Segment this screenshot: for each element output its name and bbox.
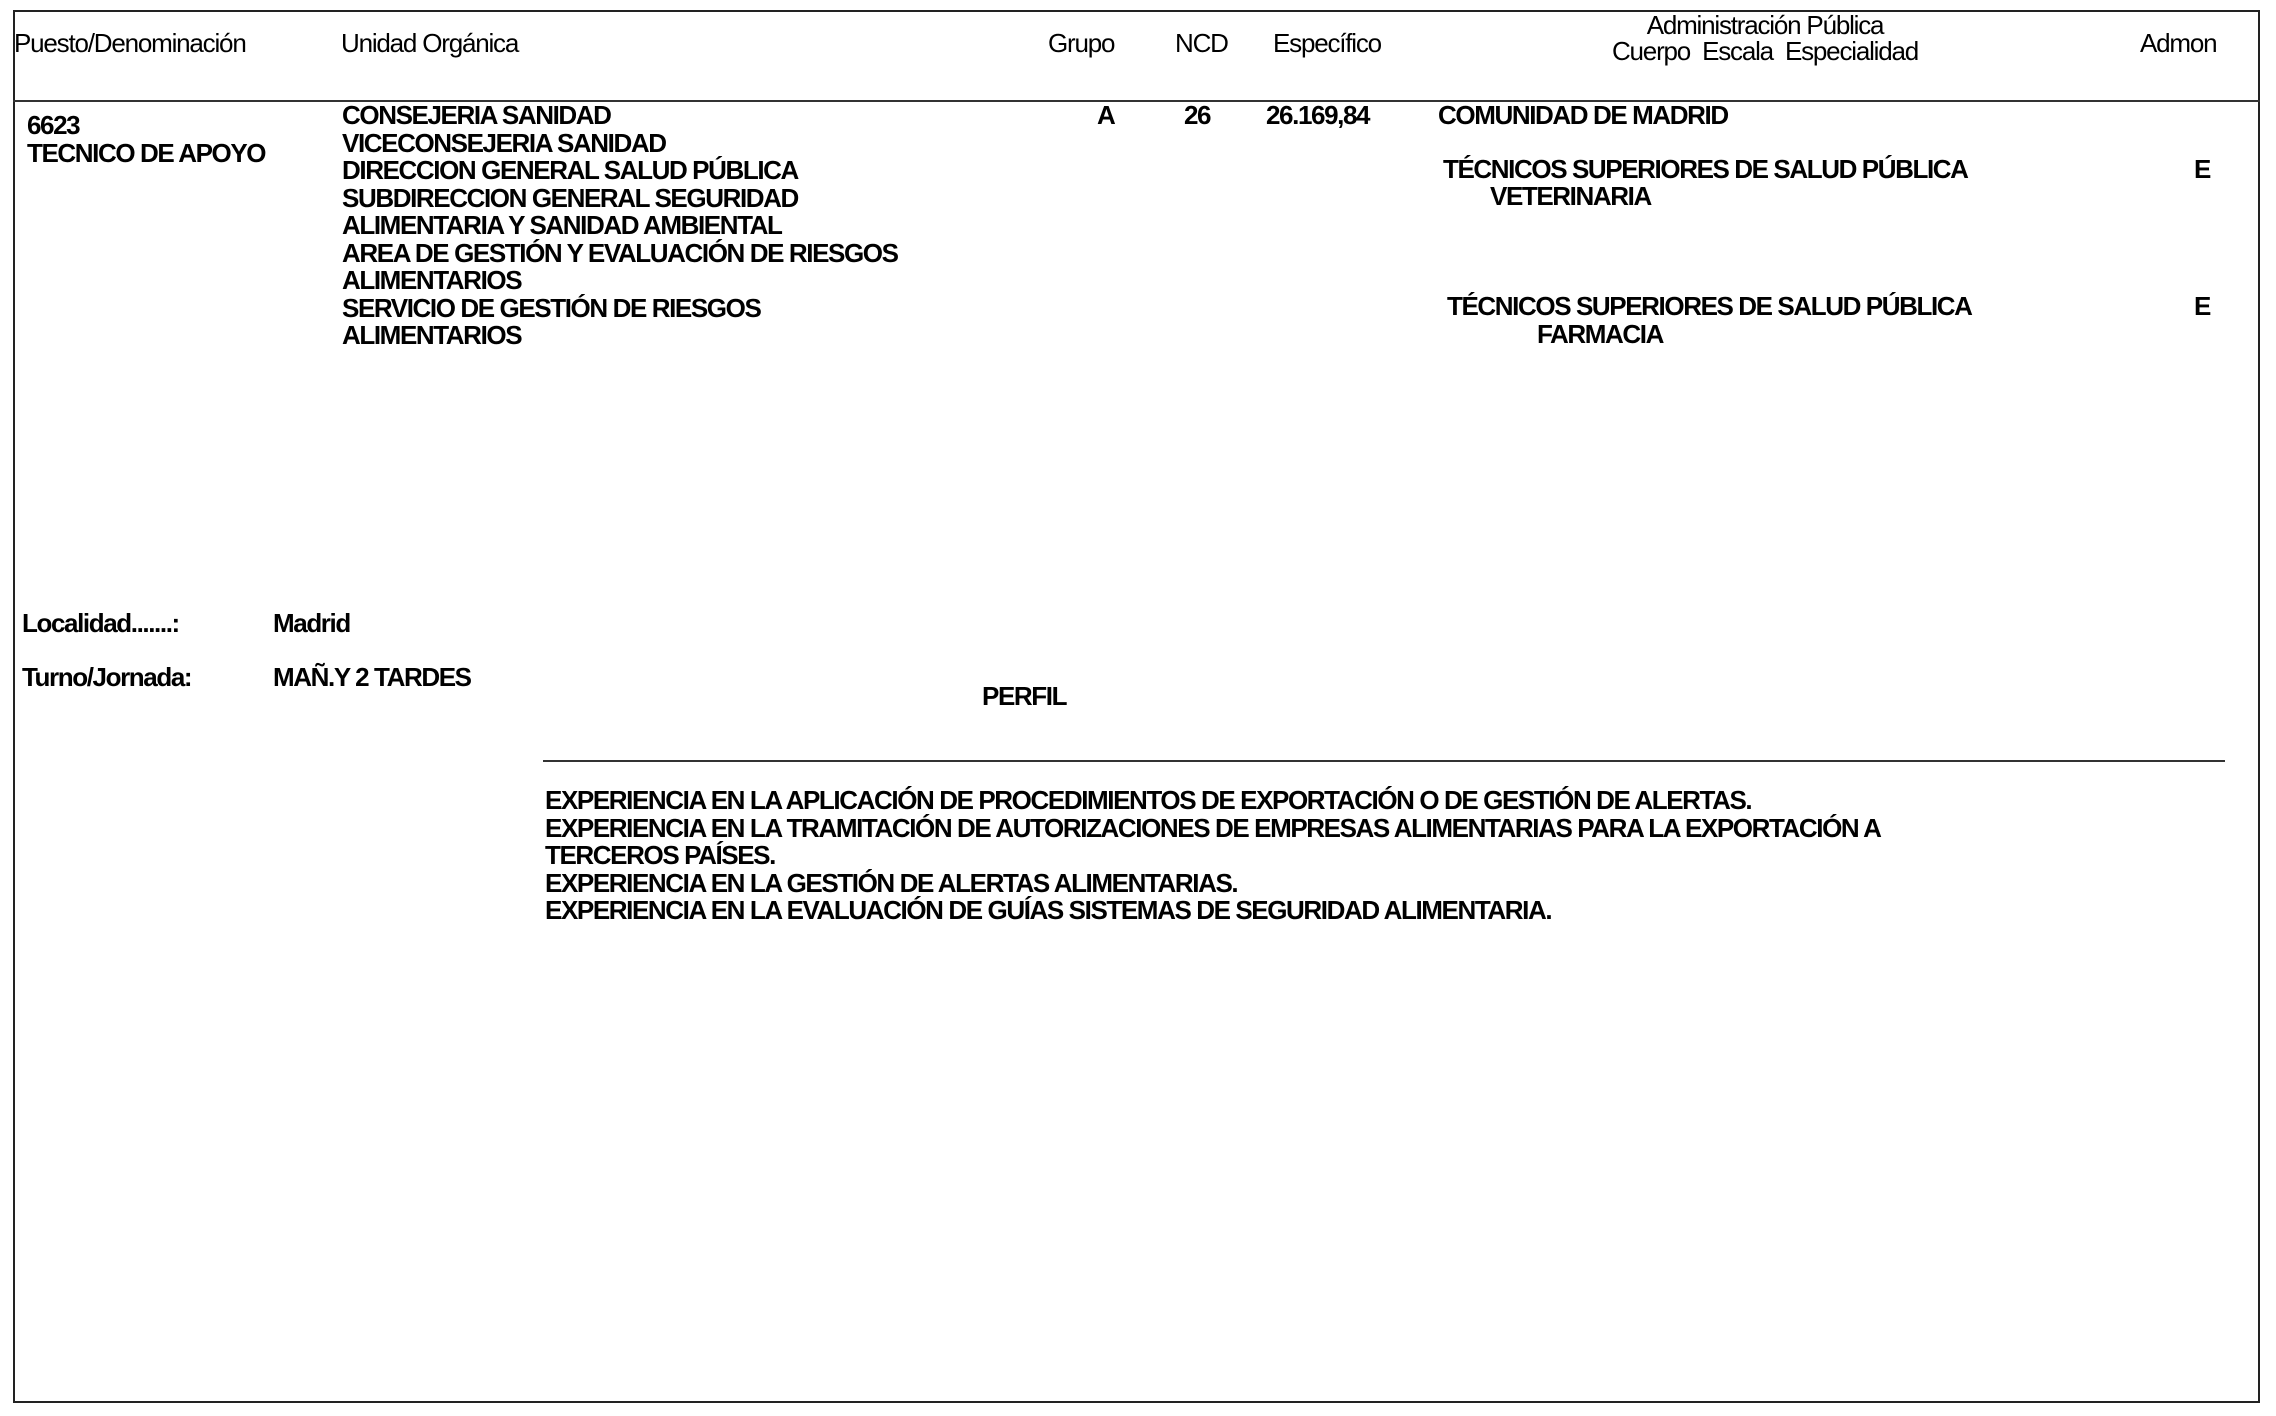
unidad-line: SUBDIRECCION GENERAL SEGURIDAD <box>342 185 898 213</box>
perfil-line: EXPERIENCIA EN LA APLICACIÓN DE PROCEDIM… <box>545 787 1881 815</box>
especifico-value: 26.169,84 <box>1266 102 1369 130</box>
especialidad-2: FARMACIA <box>1537 321 1663 349</box>
perfil-line: EXPERIENCIA EN LA EVALUACIÓN DE GUÍAS SI… <box>545 897 1881 925</box>
perfil-lines: EXPERIENCIA EN LA APLICACIÓN DE PROCEDIM… <box>545 787 1881 925</box>
localidad-value: Madrid <box>273 610 350 638</box>
especialidad-1: VETERINARIA <box>1490 183 1651 211</box>
header-grupo: Grupo <box>1048 30 1114 58</box>
header-cuerpo-escala: Cuerpo Escala Especialidad <box>1565 38 1965 66</box>
perfil-divider <box>543 760 2225 762</box>
puesto-codigo: 6623 <box>27 112 79 140</box>
header-unidad: Unidad Orgánica <box>341 30 518 58</box>
perfil-title: PERFIL <box>982 683 1066 711</box>
unidad-line: SERVICIO DE GESTIÓN DE RIESGOS <box>342 295 898 323</box>
unidad-line: ALIMENTARIA Y SANIDAD AMBIENTAL <box>342 212 898 240</box>
unidad-line: VICECONSEJERIA SANIDAD <box>342 130 898 158</box>
puesto-denominacion: TECNICO DE APOYO <box>27 140 265 168</box>
unidad-line: AREA DE GESTIÓN Y EVALUACIÓN DE RIESGOS <box>342 240 898 268</box>
header-especifico: Específico <box>1273 30 1381 58</box>
unidad-line: ALIMENTARIOS <box>342 267 898 295</box>
admon-2: E <box>2194 293 2210 321</box>
unidad-line: ALIMENTARIOS <box>342 322 898 350</box>
perfil-line: EXPERIENCIA EN LA GESTIÓN DE ALERTAS ALI… <box>545 870 1881 898</box>
turno-value: MAÑ.Y 2 TARDES <box>273 664 471 692</box>
cuerpo-2: TÉCNICOS SUPERIORES DE SALUD PÚBLICA <box>1447 293 1972 321</box>
grupo-value: A <box>1097 102 1114 130</box>
unidad-organica: CONSEJERIA SANIDAD VICECONSEJERIA SANIDA… <box>342 102 898 350</box>
administracion-value: COMUNIDAD DE MADRID <box>1438 102 1728 130</box>
perfil-line: TERCEROS PAÍSES. <box>545 842 1881 870</box>
unidad-line: CONSEJERIA SANIDAD <box>342 102 898 130</box>
localidad-label: Localidad.......: <box>22 610 179 638</box>
turno-label: Turno/Jornada: <box>22 664 191 692</box>
header-admon: Admon <box>2140 30 2216 58</box>
cuerpo-1: TÉCNICOS SUPERIORES DE SALUD PÚBLICA <box>1443 156 1968 184</box>
header-ncd: NCD <box>1175 30 1228 58</box>
perfil-line: EXPERIENCIA EN LA TRAMITACIÓN DE AUTORIZ… <box>545 815 1881 843</box>
unidad-line: DIRECCION GENERAL SALUD PÚBLICA <box>342 157 898 185</box>
header-puesto: Puesto/Denominación <box>14 30 246 58</box>
admon-1: E <box>2194 156 2210 184</box>
ncd-value: 26 <box>1184 102 1210 130</box>
